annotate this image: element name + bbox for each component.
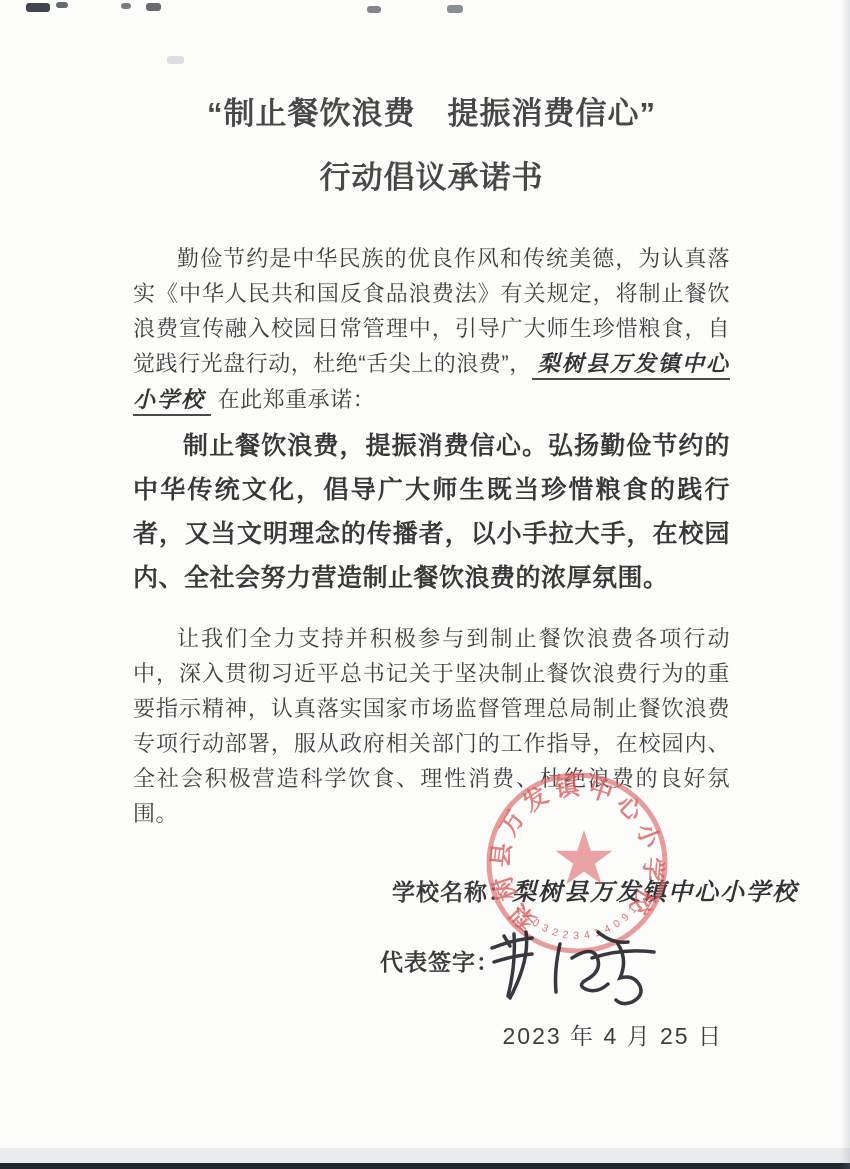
scan-smudge (121, 3, 131, 9)
paragraph-intro: 勤俭节约是中华民族的优良作风和传统美德，为认真落实《中华人民共和国反食品浪费法》… (133, 241, 730, 418)
scan-smudge (367, 6, 381, 13)
document-date: 2023 年 4 月 25 日 (503, 1018, 724, 1051)
seal-star-icon (556, 830, 613, 884)
scan-smudge (447, 5, 463, 13)
scan-bottom-gray-band (0, 1148, 850, 1163)
document-title-line1: “制止餐饮浪费 提振消费信心” (133, 88, 730, 133)
document-title-line2: 行动倡议承诺书 (133, 152, 730, 197)
paragraph-pledge: 制止餐饮浪费，提振消费信心。弘扬勤俭节约的中华传统文化，倡导广大师生既当珍惜粮食… (133, 424, 730, 600)
paragraph-intro-tail: 在此郑重承诺： (211, 387, 375, 412)
scan-bottom-edge (0, 1163, 850, 1169)
scan-smudge (167, 56, 184, 64)
scan-smudge (146, 3, 161, 11)
representative-signature-handwriting (478, 916, 668, 1016)
scan-smudge (26, 3, 50, 12)
scanned-document-page: “制止餐饮浪费 提振消费信心” 行动倡议承诺书 勤俭节约是中华民族的优良作风和传… (0, 0, 850, 1169)
scan-right-edge-shadow (841, 0, 850, 1169)
scan-smudge (56, 2, 68, 8)
